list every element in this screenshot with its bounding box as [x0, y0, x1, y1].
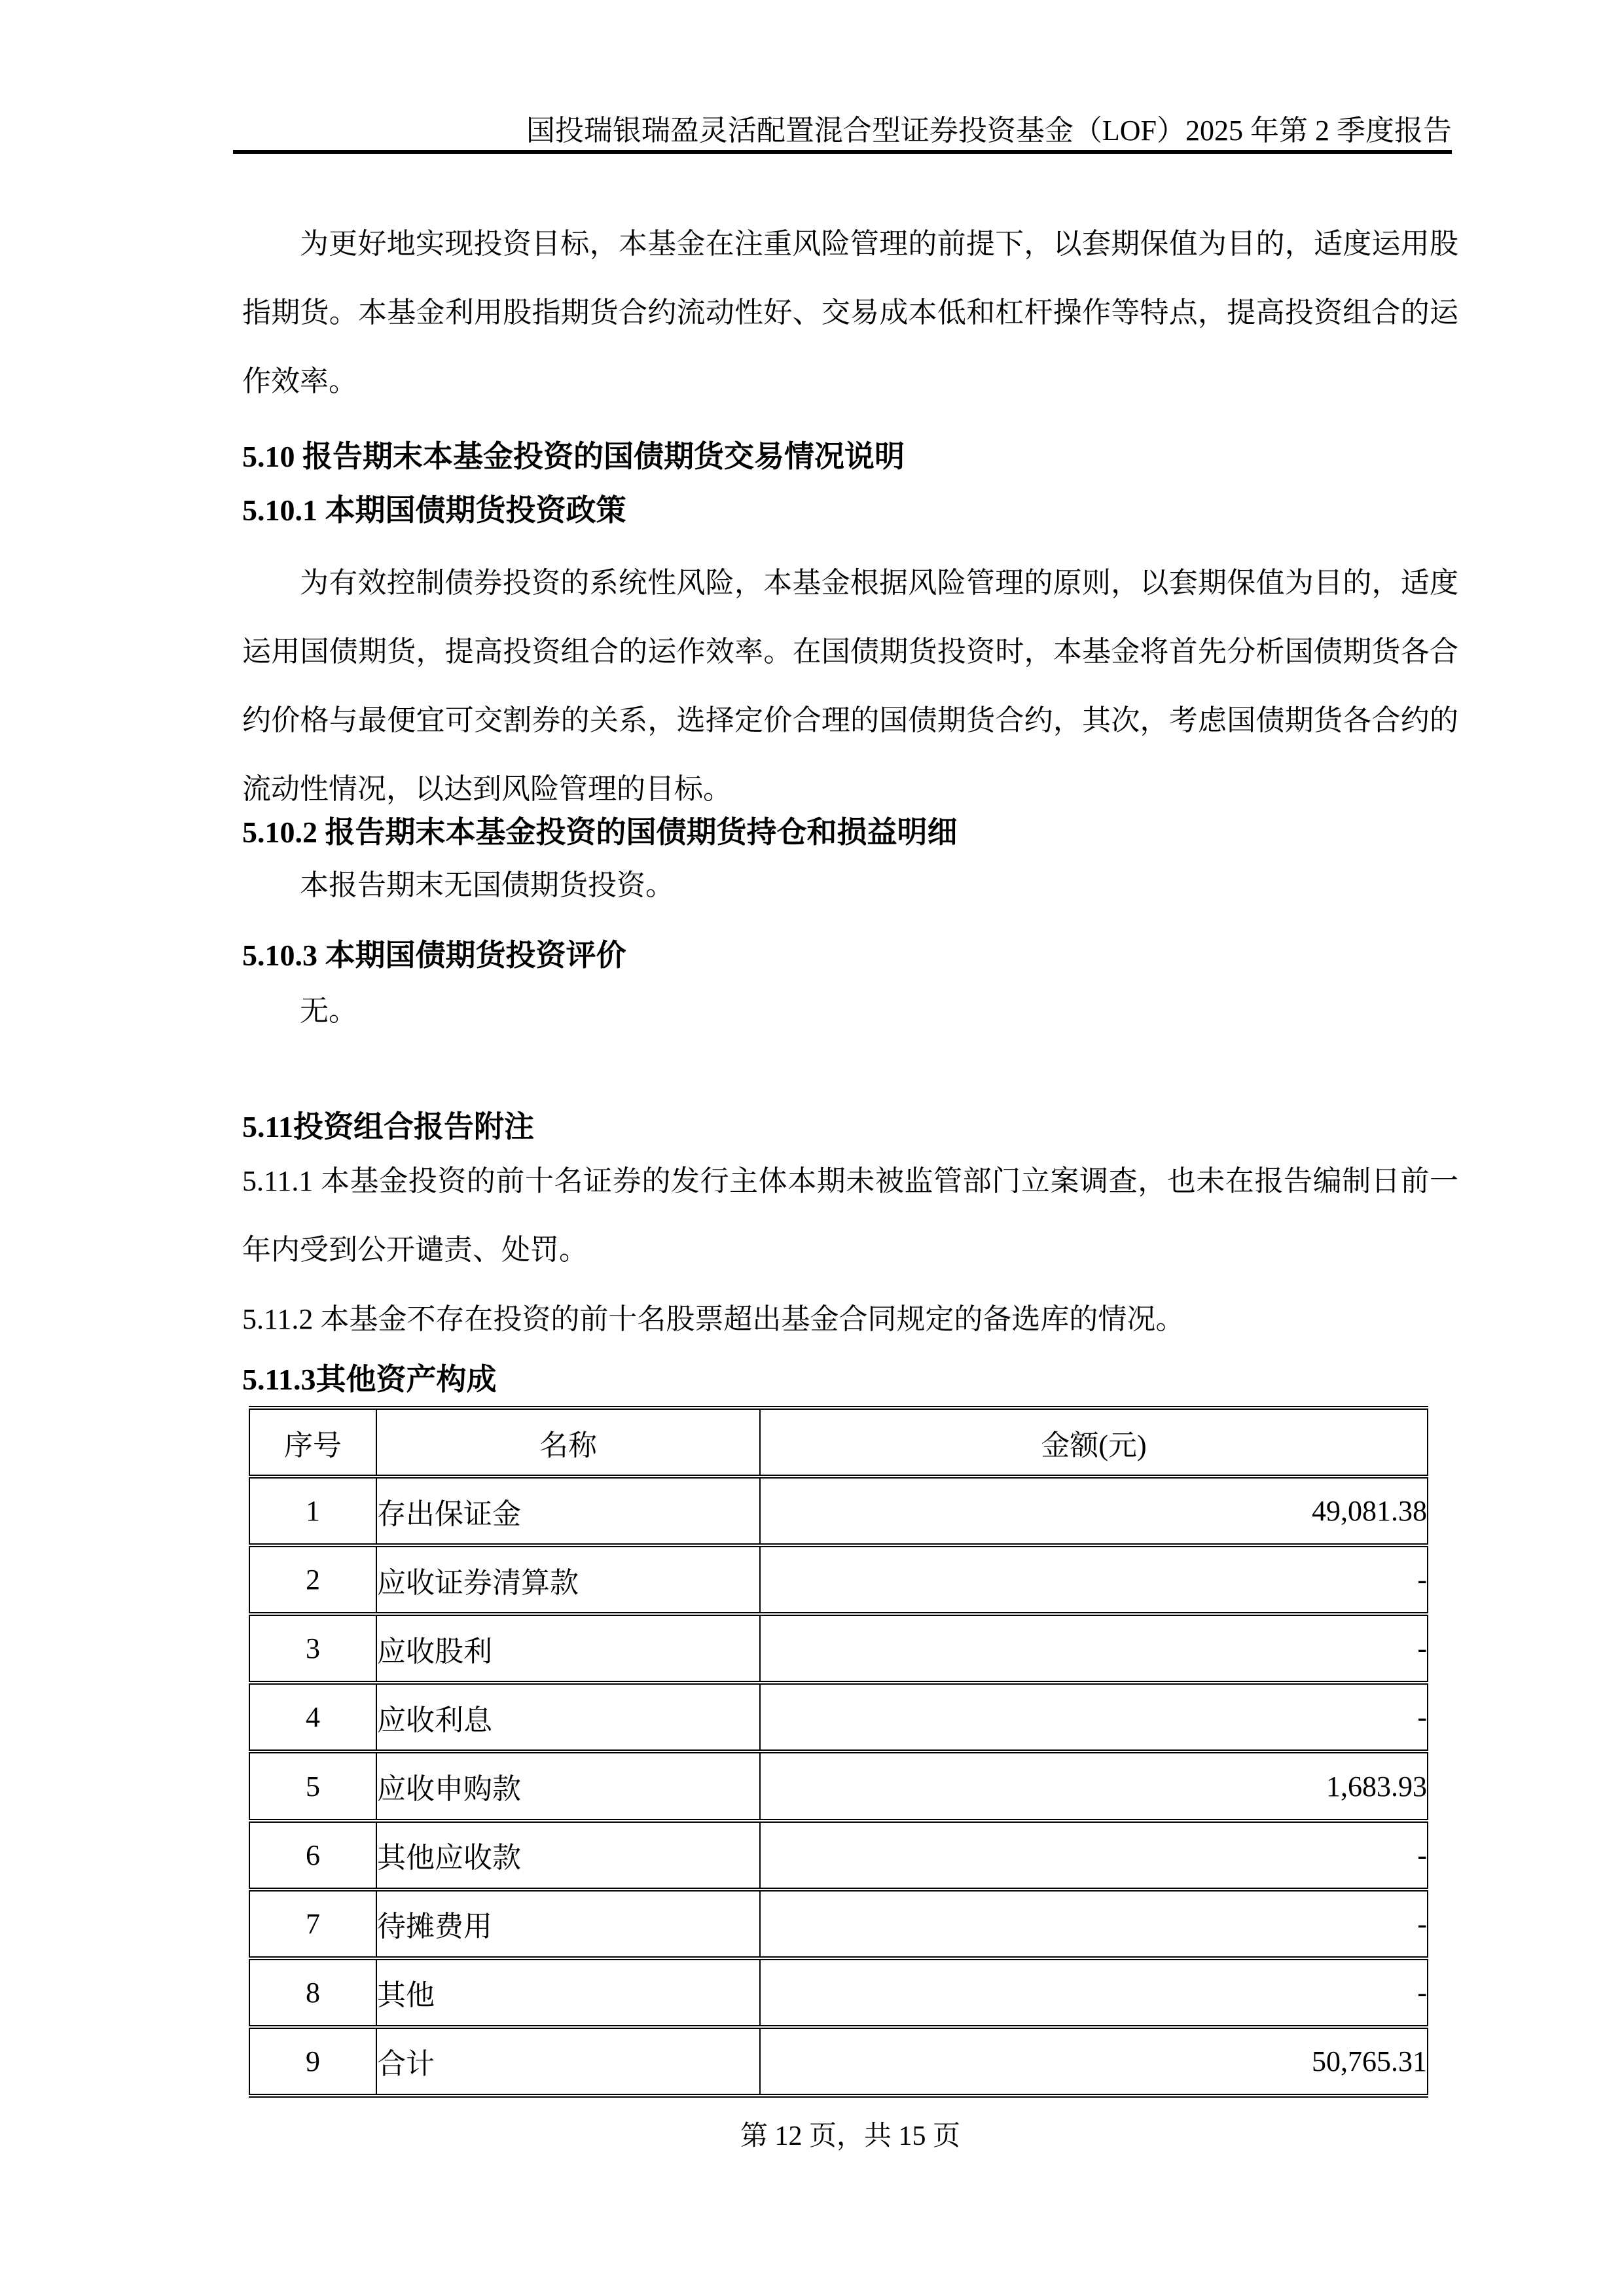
table-cell-name: 其他	[376, 1958, 760, 2027]
table-cell-name: 应收证券清算款	[376, 1545, 760, 1614]
table-row: 3 应收股利 -	[249, 1614, 1428, 1683]
table-cell-no: 6	[249, 1821, 376, 1890]
paragraph-bond-futures-policy: 为有效控制债券投资的系统性风险，本基金根据风险管理的原则，以套期保值为目的，适度…	[242, 548, 1458, 823]
paragraph-no-bond-futures: 本报告期末无国债期货投资。	[242, 851, 1458, 920]
other-assets-table: 序号 名称 金额(元) 1 存出保证金 49,081.38 2 应收证券清算款 …	[249, 1406, 1428, 2098]
table-cell-no: 9	[249, 2027, 376, 2096]
col-header-amount: 金额(元)	[760, 1408, 1428, 1477]
table-header-row: 序号 名称 金额(元)	[249, 1408, 1428, 1477]
page-number: 第 12 页，共 15 页	[242, 2119, 1458, 2153]
table-cell-amount: 50,765.31	[760, 2027, 1428, 2096]
paragraph-none: 无。	[242, 977, 1458, 1045]
table-cell-name: 其他应收款	[376, 1821, 760, 1890]
table-cell-name: 待摊费用	[376, 1890, 760, 1958]
table-cell-amount: -	[760, 1614, 1428, 1683]
table-cell-amount: 1,683.93	[760, 1751, 1428, 1820]
table-cell-name: 存出保证金	[376, 1477, 760, 1545]
table-cell-no: 3	[249, 1614, 376, 1683]
table-row: 6 其他应收款 -	[249, 1821, 1428, 1890]
table-row: 4 应收利息 -	[249, 1683, 1428, 1751]
report-page: 国投瑞银瑞盈灵活配置混合型证券投资基金（LOF）2025 年第 2 季度报告 为…	[0, 0, 1624, 2296]
table-row: 7 待摊费用 -	[249, 1890, 1428, 1958]
heading-5-10-3: 5.10.3 本期国债期货投资评价	[242, 936, 1458, 975]
heading-5-10-1: 5.10.1 本期国债期货投资政策	[242, 491, 1458, 530]
table-row: 2 应收证券清算款 -	[249, 1545, 1428, 1614]
heading-5-10: 5.10 报告期末本基金投资的国债期货交易情况说明	[242, 437, 1458, 476]
table-cell-name: 应收申购款	[376, 1751, 760, 1820]
table-cell-no: 8	[249, 1958, 376, 2027]
paragraph-5-11-2: 5.11.2 本基金不存在投资的前十名股票超出基金合同规定的备选库的情况。	[242, 1285, 1458, 1354]
header-rule	[233, 150, 1452, 154]
heading-5-10-2: 5.10.2 报告期末本基金投资的国债期货持仓和损益明细	[242, 813, 1458, 852]
table-row: 8 其他 -	[249, 1958, 1428, 2027]
col-header-name: 名称	[376, 1408, 760, 1477]
table-cell-name: 合计	[376, 2027, 760, 2096]
col-header-no: 序号	[249, 1408, 376, 1477]
table-cell-amount: -	[760, 1545, 1428, 1614]
table-cell-no: 5	[249, 1751, 376, 1820]
heading-5-11-3: 5.11.3其他资产构成	[242, 1360, 1458, 1399]
heading-5-11: 5.11投资组合报告附注	[242, 1107, 1458, 1147]
table-cell-no: 2	[249, 1545, 376, 1614]
table-row: 5 应收申购款 1,683.93	[249, 1751, 1428, 1820]
table-cell-amount: -	[760, 1958, 1428, 2027]
paragraph-stock-index-futures: 为更好地实现投资目标，本基金在注重风险管理的前提下，以套期保值为目的，适度运用股…	[242, 209, 1458, 416]
paragraph-5-11-1: 5.11.1 本基金投资的前十名证券的发行主体本期未被监管部门立案调查，也未在报…	[242, 1147, 1458, 1284]
table-cell-name: 应收利息	[376, 1683, 760, 1751]
table-cell-amount: 49,081.38	[760, 1477, 1428, 1545]
table-cell-name: 应收股利	[376, 1614, 760, 1683]
table-cell-no: 7	[249, 1890, 376, 1958]
table-cell-amount: -	[760, 1890, 1428, 1958]
table-cell-no: 1	[249, 1477, 376, 1545]
table-cell-amount: -	[760, 1683, 1428, 1751]
table-row: 9 合计 50,765.31	[249, 2027, 1428, 2096]
page-header-title: 国投瑞银瑞盈灵活配置混合型证券投资基金（LOF）2025 年第 2 季度报告	[233, 113, 1452, 149]
table-row: 1 存出保证金 49,081.38	[249, 1477, 1428, 1545]
table-cell-amount: -	[760, 1821, 1428, 1890]
table-cell-no: 4	[249, 1683, 376, 1751]
